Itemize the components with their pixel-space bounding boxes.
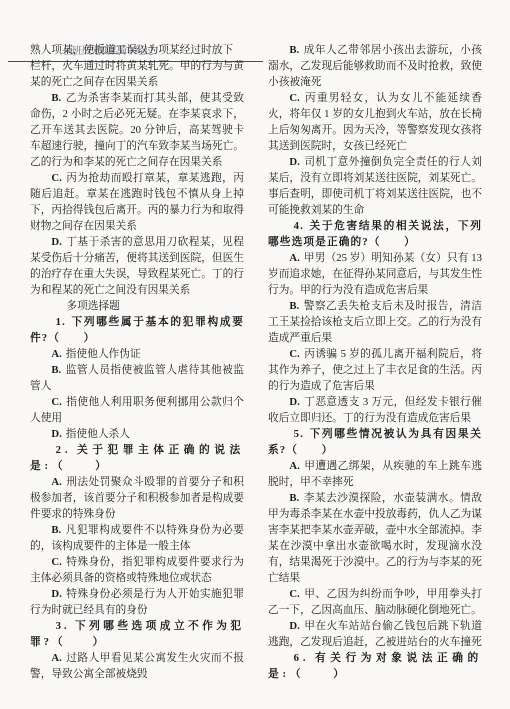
option-text: 凡犯罪构成要件不以特殊身份为必要的，该构成要件的主体是一般主体	[30, 524, 244, 552]
option-paragraph: D.甲在火车站站台偷乙钱包后跳下轨道逃跑，乙发现后追赶，乙被进站台的火车撞死	[268, 618, 482, 650]
option-text: 甲遭遇乙绑架，从疾驰的车上跳车逃脱时，甲不幸摔死	[268, 460, 482, 488]
option-letter: A.	[51, 348, 61, 360]
option-letter: C.	[289, 92, 299, 104]
option-letter: A.	[51, 476, 61, 488]
option-text: 甲、乙因为纠纷而争吵，甲用拳头打乙一下，乙因高血压、脑动脉硬化倒地死亡。	[268, 588, 482, 616]
left-column: 熟人项某，使扳道工误以为项某经过时放下值班员见项某骑车经过栏杆，火车通过时将黄某…	[30, 42, 244, 682]
option-letter: B.	[289, 492, 299, 504]
option-letter: C.	[289, 588, 299, 600]
option-text: 丁恶意透支 3 万元，但经发卡银行催收后立即归还。丁的行为没有造成危害后果	[268, 396, 482, 424]
option-letter: B.	[289, 44, 299, 56]
option-paragraph: A.指使他人作伪证	[30, 346, 244, 362]
option-letter: A.	[289, 252, 299, 264]
option-text: 乙为杀害李某而打其头部，使其受致命伤，2 小时之后必死无疑。在李某哀求下，乙开车…	[30, 92, 244, 168]
option-paragraph: D.丁恶意透支 3 万元，但经发卡银行催收后立即归还。丁的行为没有造成危害后果	[268, 394, 482, 426]
question-stem: 2.关于犯罪主体正确的说法是:（ ）	[30, 442, 244, 474]
question-stem: 6.有关行为对象说法正确的是:（ ）	[268, 650, 482, 682]
question-stem: 5.下列哪些情况被认为具有因果关系?（ ）	[268, 426, 482, 458]
option-text: 指使他人利用职务便利挪用公款归个人使用	[30, 396, 244, 424]
option-letter: D.	[51, 588, 61, 600]
option-letter: D.	[289, 396, 299, 408]
question-stem: 1.下列哪些属于基本的犯罪构成要件?（ ）	[30, 314, 244, 346]
option-text: 过路人甲看见某公寓发生火灾而不报警，导致公寓全部被烧毁	[30, 652, 244, 680]
option-text: 特殊身份必须是行为人开始实施犯罪行为时就已经具有的身份	[30, 588, 244, 616]
document-page: 熟人项某，使扳道工误以为项某经过时放下值班员见项某骑车经过栏杆，火车通过时将黄某…	[0, 0, 510, 709]
option-letter: C.	[51, 396, 61, 408]
question-number: 6.	[294, 652, 310, 664]
option-paragraph: B.李某去沙漠探险，水壶装满水。情敌甲为毒杀李某在水壶中投放毒药，仇人乙为谋害李…	[268, 490, 482, 586]
option-text: 李某去沙漠探险，水壶装满水。情敌甲为毒杀李某在水壶中投放毒药，仇人乙为谋害李某把…	[268, 492, 482, 584]
option-paragraph: B.凡犯罪构成要件不以特殊身份为必要的，该构成要件的主体是一般主体	[30, 522, 244, 554]
option-letter: A.	[289, 460, 299, 472]
option-paragraph: A.甲男（25 岁）明知孙某（女）只有 13 岁而追求她，在征得孙某同意后，与其…	[268, 250, 482, 298]
option-text: 特殊身份，指犯罪构成要件要求行为主体必须具备的资格或特殊地位或状态	[30, 556, 244, 584]
option-paragraph: B.乙为杀害李某而打其头部，使其受致命伤，2 小时之后必死无疑。在李某哀求下，乙…	[30, 90, 244, 170]
question-stem: 4.关于危害结果的相关说法，下列哪些选项是正确的?（ ）	[268, 218, 482, 250]
option-paragraph: D.特殊身份必须是行为人开始实施犯罪行为时就已经具有的身份	[30, 586, 244, 618]
question-number: 4.	[294, 220, 304, 232]
option-paragraph: D.丁基于杀害的意思用刀砍程某，见程某受伤后十分痛苦，便将其送到医院，但医生的治…	[30, 234, 244, 298]
option-paragraph: B.监管人员指使被监管人虐待其他被监管人	[30, 362, 244, 394]
option-text: 司机丁意外撞倒负完全责任的行人刘某后，没有立即将刘某送往医院，刘某死亡。事后查明…	[268, 156, 482, 216]
option-text: 刑法处罚聚众斗殴罪的首要分子和积极参加者，该首要分子和积极参加者是构成要件要求的…	[30, 476, 244, 520]
option-paragraph: A.过路人甲看见某公寓发生火灾而不报警，导致公寓全部被烧毁	[30, 650, 244, 682]
option-text: 丙重男轻女，认为女儿不能延续香火，将年仅 1 岁的女儿抱到火车站，放在长椅上后匆…	[268, 92, 482, 152]
option-letter: A.	[51, 652, 61, 664]
overprint-base-text: 熟人项某，使扳道工误以为项某经过时放下	[30, 44, 233, 56]
option-letter: C.	[289, 348, 299, 360]
option-text: 甲男（25 岁）明知孙某（女）只有 13 岁而追求她，在征得孙某同意后，与其发生…	[268, 252, 482, 296]
option-paragraph: D.指使他人杀人	[30, 426, 244, 442]
continuation-text: 栏杆，火车通过时将黄某轧死。甲的行为与黄某的死亡之间存在因果关系	[30, 58, 244, 90]
option-paragraph: B.警察乙丢失枪支后未及时报告，清洁工王某捡拾该枪支后立即上交。乙的行为没有造成…	[268, 298, 482, 346]
option-text: 丁基于杀害的意思用刀砍程某，见程某受伤后十分痛苦，便将其送到医院，但医生的治疗存…	[30, 236, 244, 296]
option-paragraph: C.指使他人利用职务便利挪用公款归个人使用	[30, 394, 244, 426]
option-letter: B.	[51, 524, 61, 536]
option-paragraph: C.特殊身份，指犯罪构成要件要求行为主体必须具备的资格或特殊地位或状态	[30, 554, 244, 586]
overprint-line: 熟人项某，使扳道工误以为项某经过时放下值班员见项某骑车经过	[30, 42, 244, 58]
question-number: 5.	[294, 428, 304, 440]
option-letter: B.	[289, 300, 299, 312]
option-text: 甲在火车站站台偷乙钱包后跳下轨道逃跑，乙发现后追赶，乙被进站台的火车撞死	[268, 620, 482, 648]
question-number: 1.	[56, 316, 66, 328]
option-text: 成年人乙带邻居小孩出去游玩，小孩溺水，乙发现后能够救助而不及时抢救，致使小孩被淹…	[268, 44, 482, 88]
option-paragraph: D.司机丁意外撞倒负完全责任的行人刘某后，没有立即将刘某送往医院，刘某死亡。事后…	[268, 154, 482, 218]
right-column: B.成年人乙带邻居小孩出去游玩，小孩溺水，乙发现后能够救助而不及时抢救，致使小孩…	[268, 42, 482, 682]
section-header: 多项选择题	[30, 298, 244, 314]
option-paragraph: B.成年人乙带邻居小孩出去游玩，小孩溺水，乙发现后能够救助而不及时抢救，致使小孩…	[268, 42, 482, 90]
option-letter: D.	[289, 156, 299, 168]
option-text: 丙为抢劫而殴打章某，章某逃跑，丙随后追赶。章某在逃跑时钱包不慎从身上掉下，丙拾得…	[30, 172, 244, 232]
option-text: 警察乙丢失枪支后未及时报告，清洁工王某捡拾该枪支后立即上交。乙的行为没有造成严重…	[268, 300, 482, 344]
option-letter: C.	[51, 556, 61, 568]
question-number: 3.	[56, 620, 70, 632]
option-letter: B.	[51, 364, 61, 376]
option-paragraph: A.刑法处罚聚众斗殴罪的首要分子和积极参加者，该首要分子和积极参加者是构成要件要…	[30, 474, 244, 522]
question-number: 2.	[56, 444, 72, 456]
option-text: 指使他人作伪证	[66, 348, 141, 360]
question-stem: 3.下列哪些选项成立不作为犯罪?（ ）	[30, 618, 244, 650]
option-paragraph: C.丙诱骗 5 岁的孤儿离开福利院后，将其作为养子，使之过上了丰衣足食的生活。丙…	[268, 346, 482, 394]
option-text: 丙诱骗 5 岁的孤儿离开福利院后，将其作为养子，使之过上了丰衣足食的生活。丙的行…	[268, 348, 482, 392]
option-letter: D.	[289, 620, 299, 632]
option-paragraph: A.甲遭遇乙绑架，从疾驰的车上跳车逃脱时，甲不幸摔死	[268, 458, 482, 490]
option-text: 指使他人杀人	[66, 428, 130, 440]
option-paragraph: C.甲、乙因为纠纷而争吵，甲用拳头打乙一下，乙因高血压、脑动脉硬化倒地死亡。	[268, 586, 482, 618]
option-letter: D.	[51, 428, 61, 440]
option-letter: B.	[51, 92, 61, 104]
option-letter: C.	[51, 172, 61, 184]
option-text: 监管人员指使被监管人虐待其他被监管人	[30, 364, 244, 392]
option-letter: D.	[51, 236, 61, 248]
option-paragraph: C.丙为抢劫而殴打章某，章某逃跑，丙随后追赶。章某在逃跑时钱包不慎从身上掉下，丙…	[30, 170, 244, 234]
option-paragraph: C.丙重男轻女，认为女儿不能延续香火，将年仅 1 岁的女儿抱到火车站，放在长椅上…	[268, 90, 482, 154]
